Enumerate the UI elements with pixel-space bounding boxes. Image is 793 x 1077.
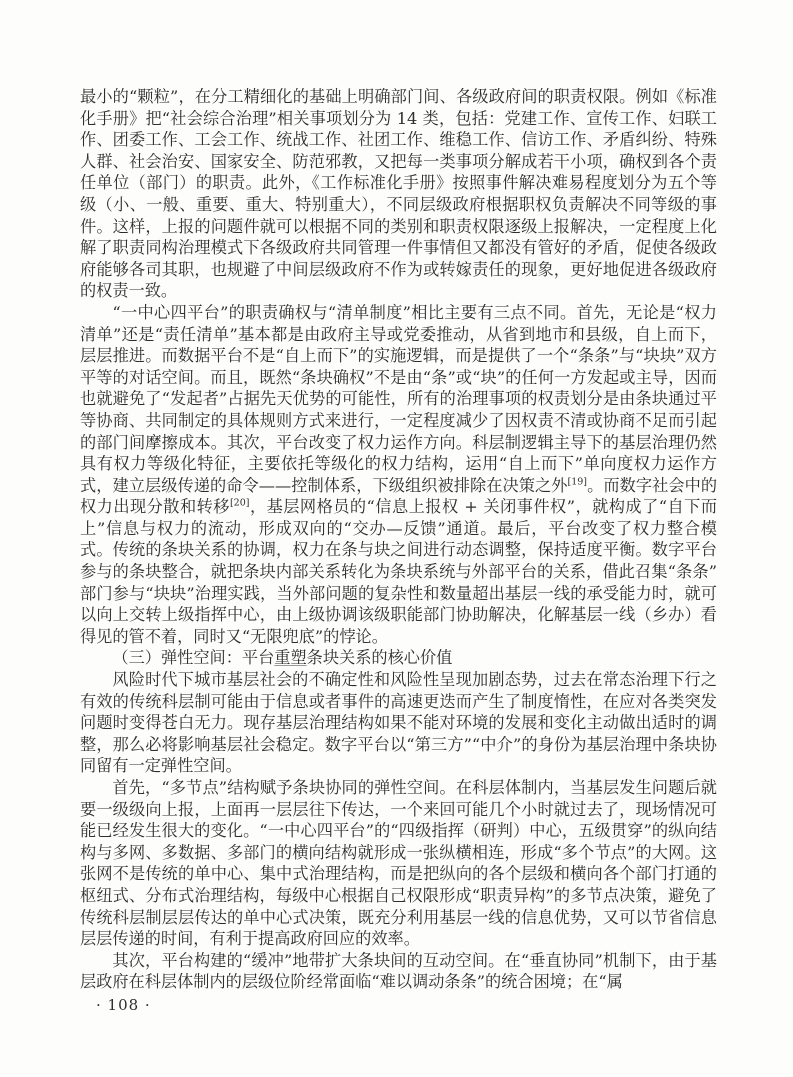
paragraph: 风险时代下城市基层社会的不确定性和风险性呈现加剧态势，过去在常态治理下行之有效的… [80,669,717,777]
paragraph-continuation: 最小的“颗粒”，在分工精细化的基础上明确部门间、各级政府间的职责权限。例如《标准… [80,86,717,302]
page-number: · 108 · [96,996,151,1014]
paragraph-text: ，基层网格员的“信息上报权 + 关闭事件权”，就构成了“自下而上”信息与权力的流… [80,497,717,646]
footnote-ref-20: [20] [230,498,250,509]
section-heading-text: 条块关系的核心价值 [307,648,453,667]
paragraph: “一中心四平台”的职责确权与“清单制度”相比主要有三点不同。首先，无论是“权力清… [80,302,717,648]
paragraph-text: “一中心四平台”的职责确权与“清单制度”相比主要有三点不同。首先，无论是“权力清… [80,303,717,495]
section-heading-text: （三）弹性空间：平台 [112,648,274,667]
section-heading: （三）弹性空间：平台重塑条块关系的核心价值 [80,647,717,669]
paragraph: 首先，“多节点”结构赋予条块协同的弹性空间。在科层体制内，当基层发生问题后就要一… [80,777,717,950]
footnote-ref-19: [19] [567,476,587,487]
paragraph: 其次，平台构建的“缓冲”地带扩大条块间的互动空间。在“垂直协同”机制下，由于基层… [80,950,717,993]
article-body: 最小的“颗粒”，在分工精细化的基础上明确部门间、各级政府间的职责权限。例如《标准… [80,86,717,993]
section-heading-underlined-text: 重塑 [274,648,306,667]
